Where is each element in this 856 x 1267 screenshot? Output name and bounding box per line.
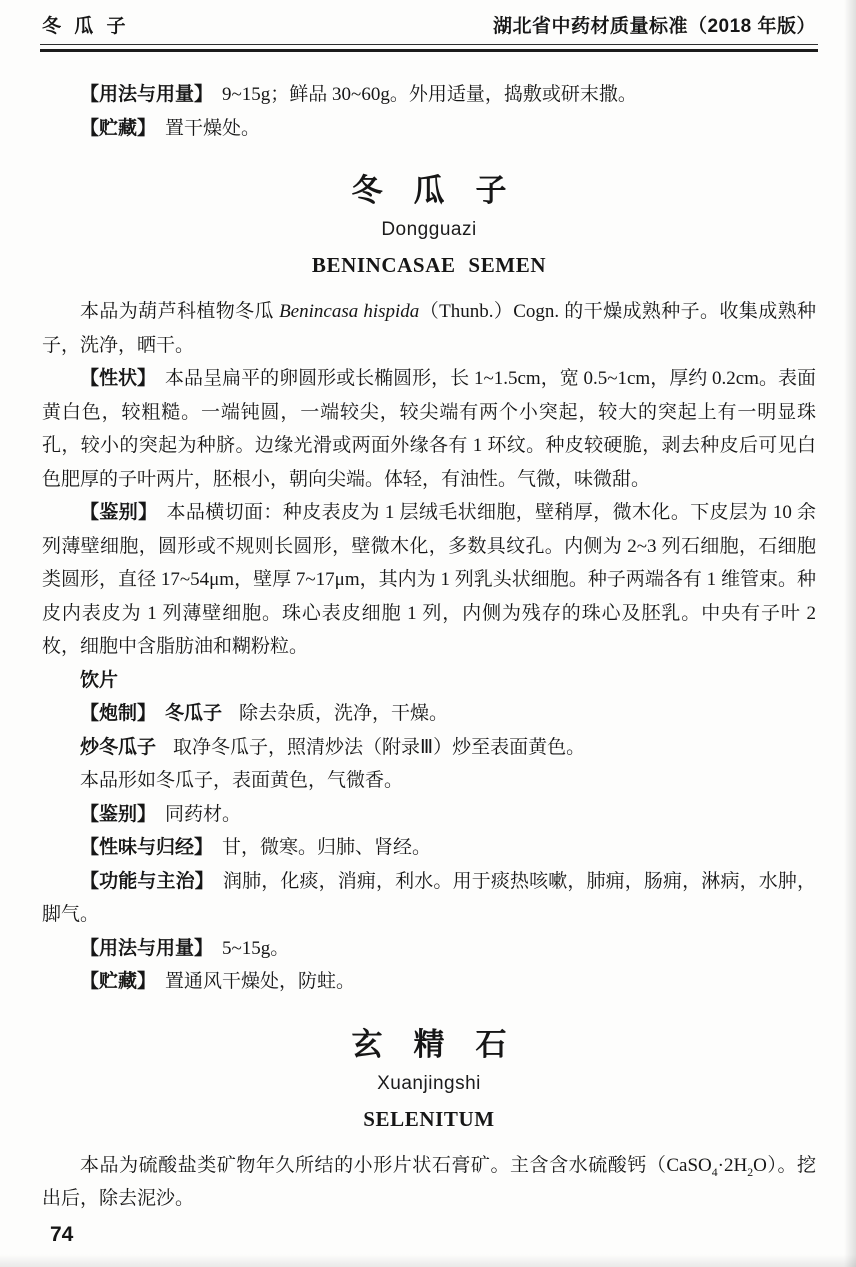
text-segment: ·2H: [718, 1155, 748, 1176]
monograph-title: 玄 精 石: [42, 1023, 816, 1067]
monograph-heading: 冬 瓜 子DongguaziBENINCASAE SEMEN: [42, 169, 816, 283]
paragraph: 【鉴别】本品横切面：种皮表皮为 1 层绒毛状细胞，壁稍厚，微木化。下皮层为 10…: [42, 496, 816, 664]
text-segment: 同药材。: [165, 804, 241, 825]
field-label: 【用法与用量】: [80, 84, 213, 105]
text-segment: 置干燥处。: [165, 118, 260, 139]
section-subhead: 饮片: [42, 664, 816, 698]
paragraph: 【炮制】冬瓜子除去杂质，洗净，干燥。: [42, 697, 816, 731]
page-header: 冬 瓜 子 湖北省中药材质量标准（2018 年版）: [0, 0, 856, 38]
field-label: 【炮制】: [80, 703, 156, 724]
text-segment: 9~15g；鲜品 30~60g。外用适量，捣敷或研末撒。: [222, 84, 637, 105]
field-label: 【功能与主治】: [80, 871, 214, 892]
field-label: 【鉴别】: [80, 502, 158, 523]
text-segment: 本品呈扁平的卵圆形或长椭圆形，长 1~1.5cm，宽 0.5~1cm，厚约 0.…: [42, 368, 816, 490]
text-segment: 除去杂质，洗净，干燥。: [239, 703, 448, 724]
text-segment: 本品形如冬瓜子，表面黄色，气微香。: [80, 770, 403, 791]
paragraph: 本品为葫芦科植物冬瓜 Benincasa hispida（Thunb.）Cogn…: [42, 295, 816, 362]
field-label: 【用法与用量】: [80, 938, 213, 959]
text-segment: 炒冬瓜子: [80, 737, 156, 758]
paragraph: 【用法与用量】5~15g。: [42, 932, 816, 966]
paragraph: 【用法与用量】9~15g；鲜品 30~60g。外用适量，捣敷或研末撒。: [42, 78, 816, 112]
text-segment: Benincasa hispida: [279, 301, 419, 322]
text-segment: 本品为葫芦科植物冬瓜: [80, 301, 279, 322]
paragraph: 【功能与主治】润肺，化痰，消痈，利水。用于痰热咳嗽，肺痈，肠痈，淋病，水肿，脚气…: [42, 865, 816, 932]
paragraph: 炒冬瓜子取净冬瓜子，照清炒法（附录Ⅲ）炒至表面黄色。: [42, 731, 816, 765]
header-running-title: 冬 瓜 子: [42, 16, 126, 38]
monograph-title: 冬 瓜 子: [42, 169, 816, 213]
paragraph: 【贮藏】置干燥处。: [42, 112, 816, 146]
text-segment: 本品为硫酸盐类矿物年久所结的小形片状石膏矿。主含含水硫酸钙（CaSO: [80, 1155, 712, 1176]
field-label: 【贮藏】: [80, 118, 156, 139]
paragraph: 本品形如冬瓜子，表面黄色，气微香。: [42, 764, 816, 798]
text-segment: 置通风干燥处，防蛀。: [165, 971, 355, 992]
field-label: 【鉴别】: [80, 804, 156, 825]
field-label: 【性味与归经】: [80, 837, 213, 858]
header-standard-title: 湖北省中药材质量标准（2018 年版）: [493, 16, 816, 38]
paragraph: 【贮藏】置通风干燥处，防蛀。: [42, 965, 816, 999]
field-label: 【贮藏】: [80, 971, 156, 992]
header-rule: [40, 44, 818, 52]
paragraph: 【鉴别】同药材。: [42, 798, 816, 832]
paragraph: 【性味与归经】甘，微寒。归肺、肾经。: [42, 831, 816, 865]
paragraph: 本品为硫酸盐类矿物年久所结的小形片状石膏矿。主含含水硫酸钙（CaSO4·2H2O…: [42, 1149, 816, 1216]
monograph-latin: BENINCASAE SEMEN: [42, 247, 816, 283]
monograph-heading: 玄 精 石XuanjingshiSELENITUM: [42, 1023, 816, 1137]
monograph-pinyin: Xuanjingshi: [42, 1067, 816, 1101]
monograph-pinyin: Dongguazi: [42, 213, 816, 247]
monograph-latin: SELENITUM: [42, 1101, 816, 1137]
text-segment: 甘，微寒。归肺、肾经。: [222, 837, 431, 858]
paragraph: 【性状】本品呈扁平的卵圆形或长椭圆形，长 1~1.5cm，宽 0.5~1cm，厚…: [42, 362, 816, 496]
text-segment: 取净冬瓜子，照清炒法（附录Ⅲ）炒至表面黄色。: [173, 737, 585, 758]
document-page: 冬 瓜 子 湖北省中药材质量标准（2018 年版） 【用法与用量】9~15g；鲜…: [0, 0, 856, 1267]
text-segment: 冬瓜子: [165, 703, 222, 724]
text-segment: 本品横切面：种皮表皮为 1 层绒毛状细胞，壁稍厚，微木化。下皮层为 10 余列薄…: [42, 502, 816, 657]
page-number: 74: [50, 1223, 73, 1247]
field-label: 【性状】: [80, 368, 156, 389]
text-segment: 5~15g。: [222, 938, 289, 959]
document-body: 【用法与用量】9~15g；鲜品 30~60g。外用适量，捣敷或研末撒。【贮藏】置…: [42, 78, 816, 1216]
